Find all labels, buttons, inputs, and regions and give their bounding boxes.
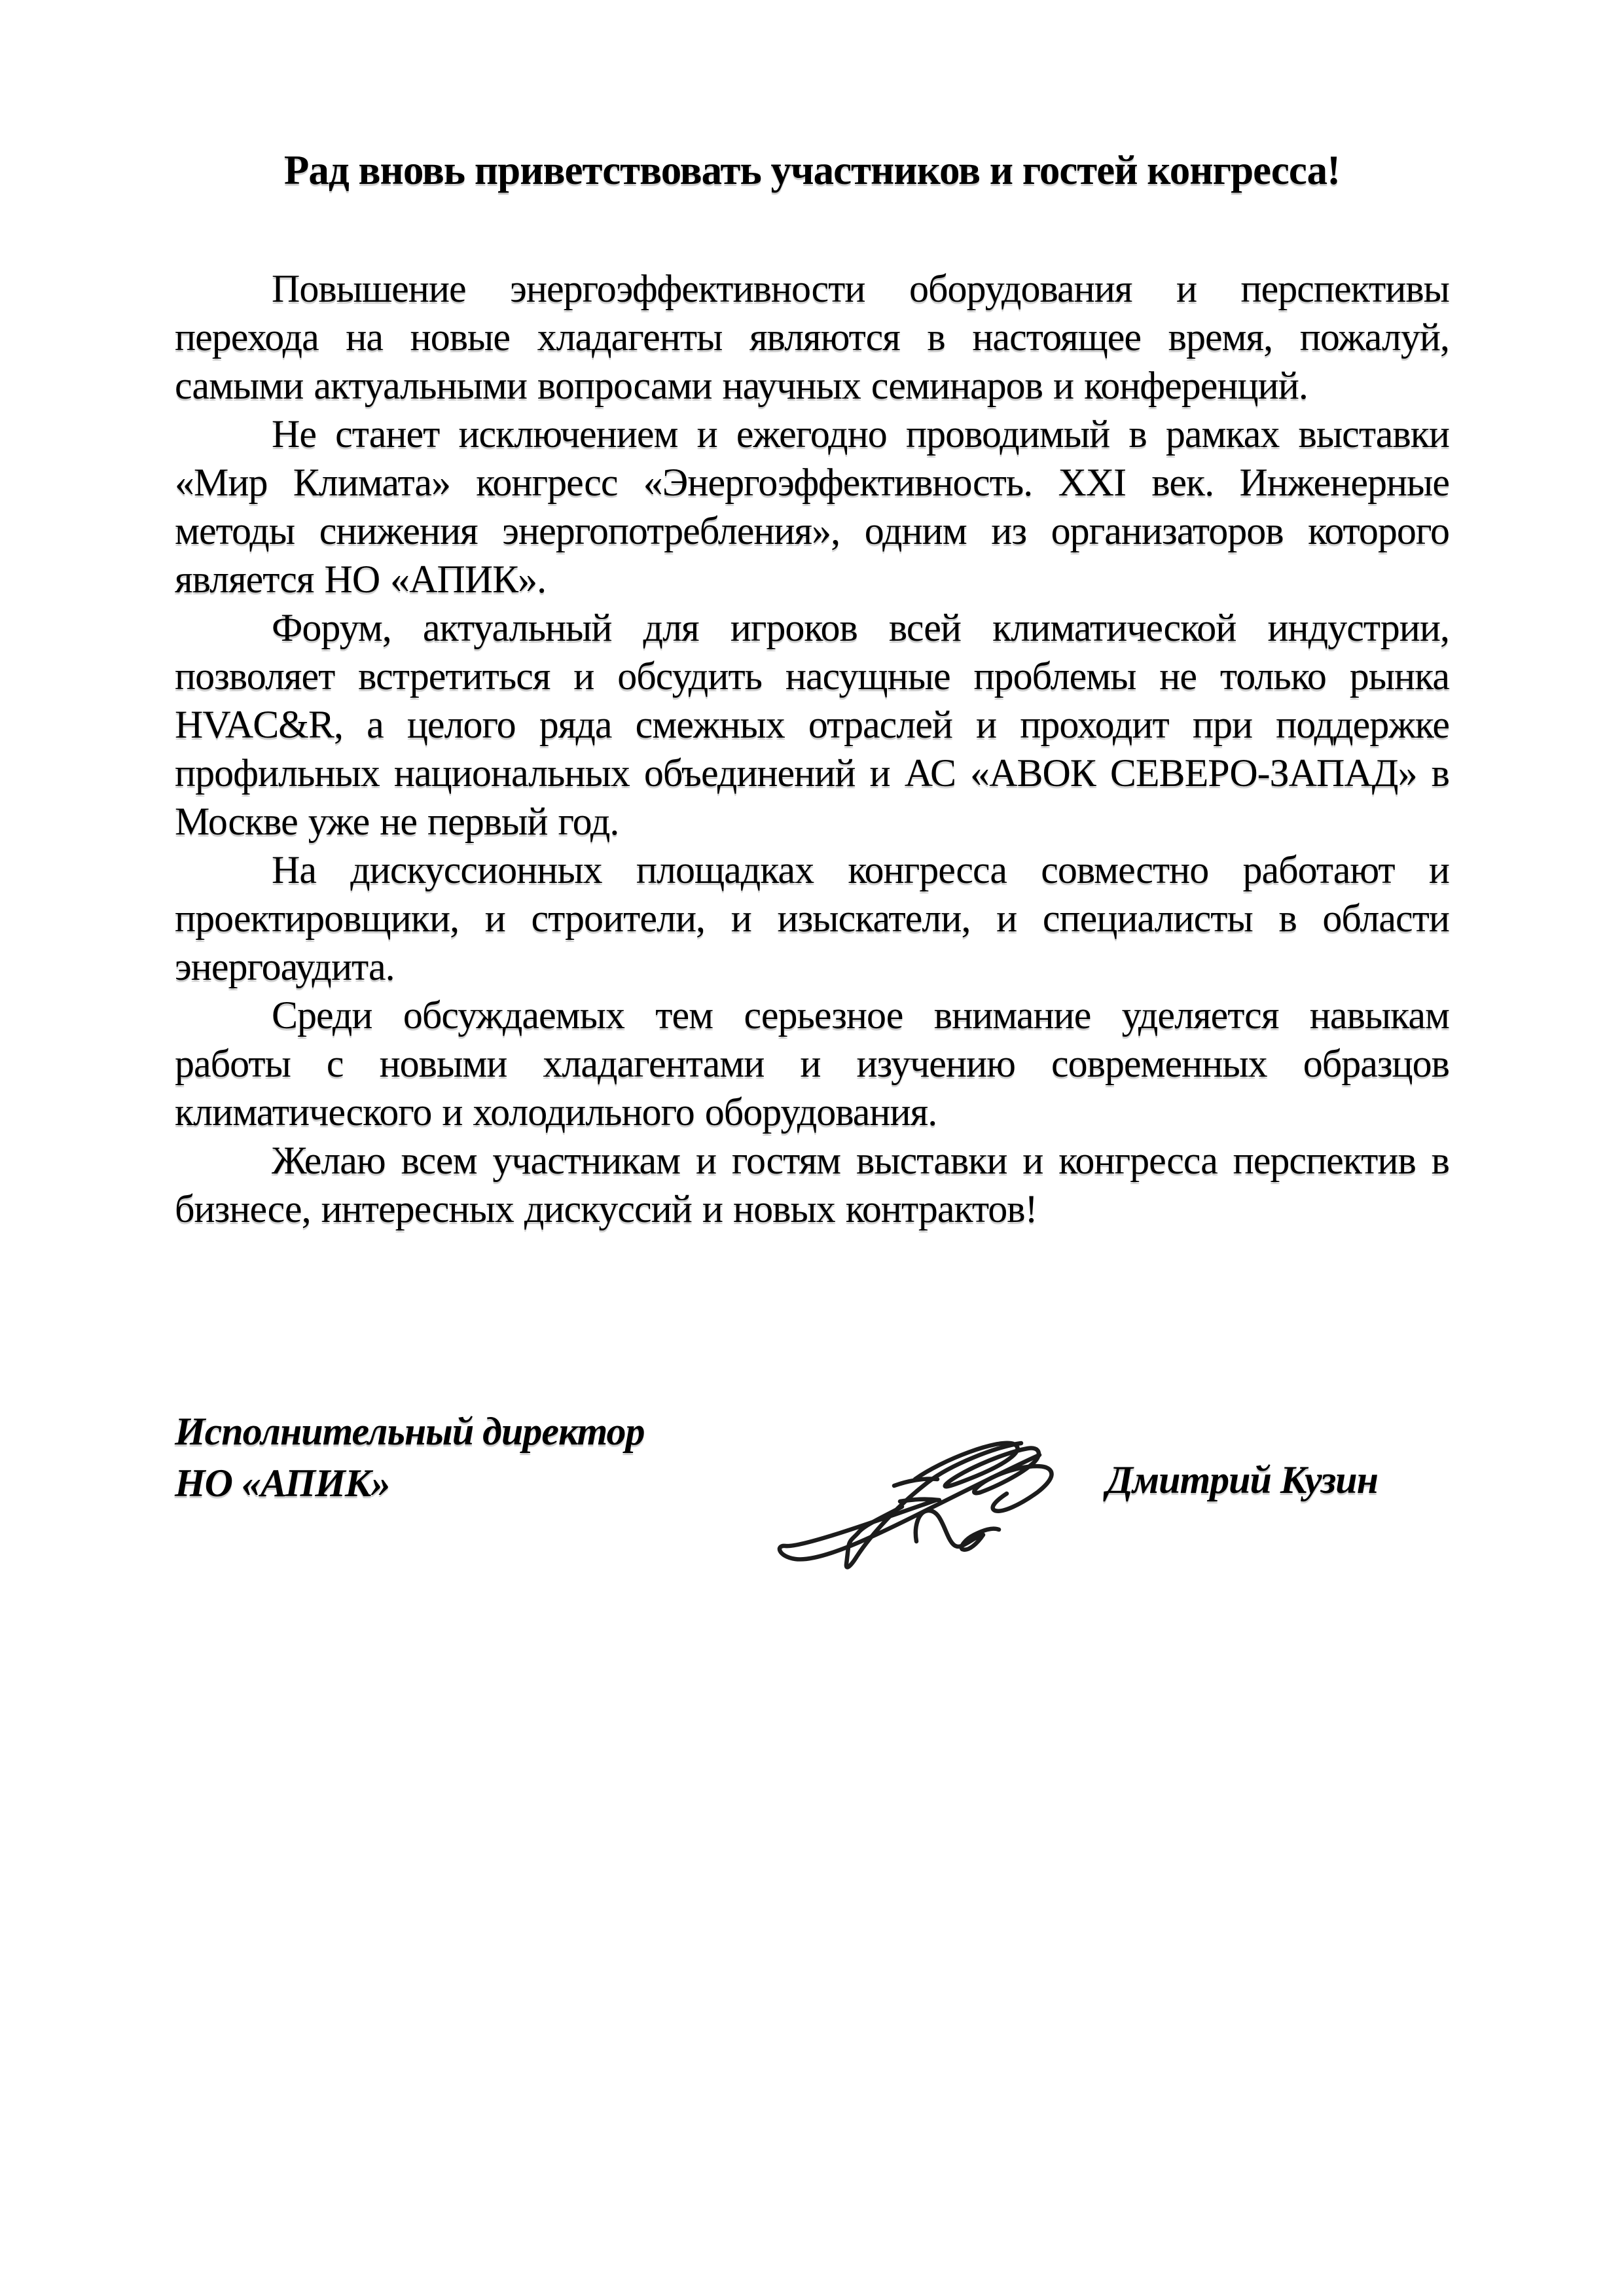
paragraph-3: Форум, актуальный для игроков всей клима…	[175, 603, 1449, 846]
handwritten-signature-icon	[740, 1407, 1080, 1617]
paragraph-2: Не станет исключением и ежегодно проводи…	[175, 410, 1449, 603]
letter-content: Рад вновь приветствовать участников и го…	[175, 145, 1449, 1233]
paragraph-6: Желаю всем участникам и гостям выставки …	[175, 1136, 1449, 1233]
paragraph-1: Повышение энергоэффективности оборудован…	[175, 264, 1449, 410]
signature-role: Исполнительный директор НО «АПИК»	[175, 1406, 644, 1509]
signatory-name: Дмитрий Кузин	[1106, 1456, 1378, 1504]
letter-body: Повышение энергоэффективности оборудован…	[175, 264, 1449, 1233]
signature-role-line-1: Исполнительный директор	[175, 1406, 644, 1458]
page-title: Рад вновь приветствовать участников и го…	[175, 145, 1449, 195]
signature-stroke-sweep	[780, 1455, 1039, 1559]
paragraph-4: На дискуссионных площадках конгресса сов…	[175, 846, 1449, 991]
signature-role-line-2: НО «АПИК»	[175, 1458, 644, 1509]
paragraph-5: Среди обсуждаемых тем серьезное внимание…	[175, 991, 1449, 1136]
signature-stroke-tail	[916, 1511, 999, 1550]
letter-page: Рад вновь приветствовать участников и го…	[0, 0, 1624, 2296]
